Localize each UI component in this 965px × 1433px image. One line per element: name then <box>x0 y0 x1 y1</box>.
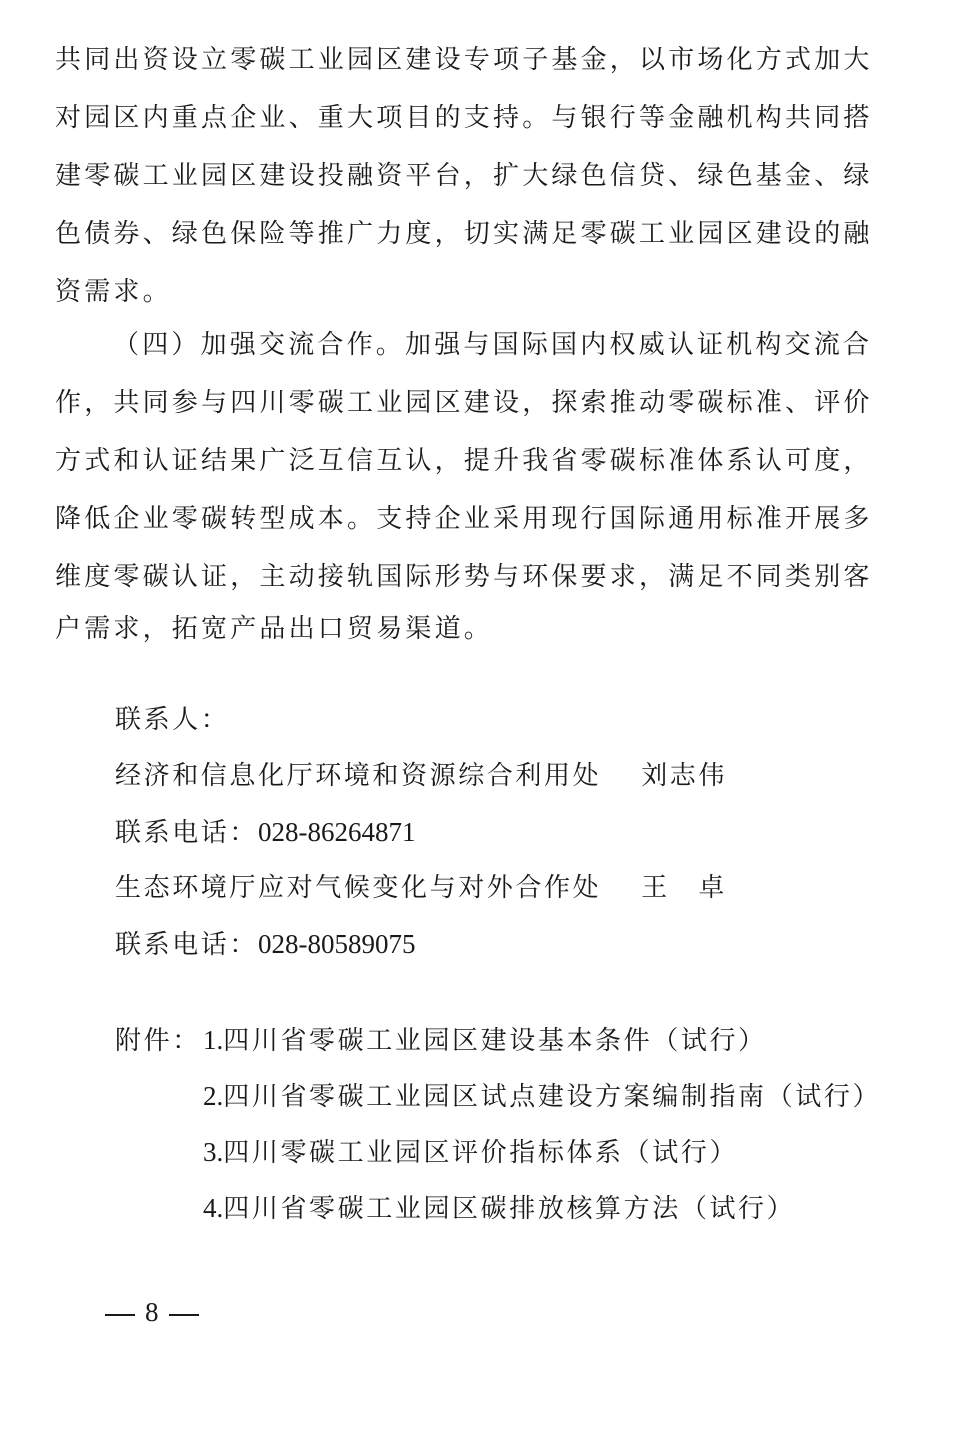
contact-phone: 028-86264871 <box>258 817 416 847</box>
paragraph-line: 建零碳工业园区建设投融资平台，扩大绿色信贷、绿色基金、绿 <box>55 156 873 196</box>
paragraph-line: 共同出资设立零碳工业园区建设专项子基金，以市场化方式加大 <box>55 40 873 80</box>
contact-department-line: 经济和信息化厅环境和资源综合利用处刘志伟 <box>115 756 727 796</box>
section-text: 加强与国际国内权威认证机构交流合 <box>405 330 872 360</box>
attachment-item: 3.四川零碳工业园区评价指标体系（试行） <box>203 1132 738 1172</box>
contact-phone-line: 联系电话：028-80589075 <box>115 924 416 964</box>
contacts-label: 联系人： <box>115 700 229 740</box>
contact-name: 刘志伟 <box>641 761 727 791</box>
attachment-number: 3. <box>203 1137 223 1167</box>
contact-phone: 028-80589075 <box>258 929 416 959</box>
dash-left <box>105 1314 135 1316</box>
contact-phone-line: 联系电话：028-86264871 <box>115 812 416 852</box>
page-number: 8 <box>95 1292 209 1332</box>
paragraph-line: 资需求。 <box>55 272 172 312</box>
attachments-label: 附件： <box>115 1021 203 1061</box>
dash-right <box>169 1314 199 1316</box>
attachment-item: 4.四川省零碳工业园区碳排放核算方法（试行） <box>203 1188 795 1228</box>
attachment-title: 四川省零碳工业园区试点建设方案编制指南（试行） <box>223 1082 881 1112</box>
paragraph-line: 对园区内重点企业、重大项目的支持。与银行等金融机构共同搭 <box>55 98 873 138</box>
attachment-number: 4. <box>203 1193 223 1223</box>
paragraph-line: 降低企业零碳转型成本。支持企业采用现行国际通用标准开展多 <box>55 499 873 539</box>
paragraph-line: 色债券、绿色保险等推广力度，切实满足零碳工业园区建设的融 <box>55 214 873 254</box>
attachment-number: 1. <box>203 1025 223 1055</box>
page-number-value: 8 <box>145 1297 159 1327</box>
attachment-title: 四川省零碳工业园区碳排放核算方法（试行） <box>223 1194 795 1224</box>
contact-phone-label: 联系电话： <box>115 930 258 960</box>
attachment-title: 四川省零碳工业园区建设基本条件（试行） <box>223 1026 766 1056</box>
document-page: 共同出资设立零碳工业园区建设专项子基金，以市场化方式加大 对园区内重点企业、重大… <box>0 0 965 1433</box>
section-heading: （四）加强交流合作。 <box>113 330 405 360</box>
section-four-first-line: （四）加强交流合作。加强与国际国内权威认证机构交流合 <box>113 325 872 365</box>
paragraph-line: 户需求，拓宽产品出口贸易渠道。 <box>55 609 493 649</box>
attachment-number: 2. <box>203 1081 223 1111</box>
attachment-item: 2.四川省零碳工业园区试点建设方案编制指南（试行） <box>203 1076 881 1116</box>
paragraph-line: 维度零碳认证，主动接轨国际形势与环保要求，满足不同类别客 <box>55 557 873 597</box>
contact-phone-label: 联系电话： <box>115 818 258 848</box>
contact-department: 经济和信息化厅环境和资源综合利用处 <box>115 761 601 791</box>
paragraph-line: 方式和认证结果广泛互信互认，提升我省零碳标准体系认可度， <box>55 441 873 481</box>
attachment-item: 附件：1.四川省零碳工业园区建设基本条件（试行） <box>115 1020 767 1060</box>
attachment-title: 四川零碳工业园区评价指标体系（试行） <box>223 1138 738 1168</box>
paragraph-line: 作，共同参与四川零碳工业园区建设，探索推动零碳标准、评价 <box>55 383 873 423</box>
contact-name: 王 卓 <box>641 873 727 903</box>
contact-department: 生态环境厅应对气候变化与对外合作处 <box>115 873 601 903</box>
contact-department-line: 生态环境厅应对气候变化与对外合作处王 卓 <box>115 868 727 908</box>
